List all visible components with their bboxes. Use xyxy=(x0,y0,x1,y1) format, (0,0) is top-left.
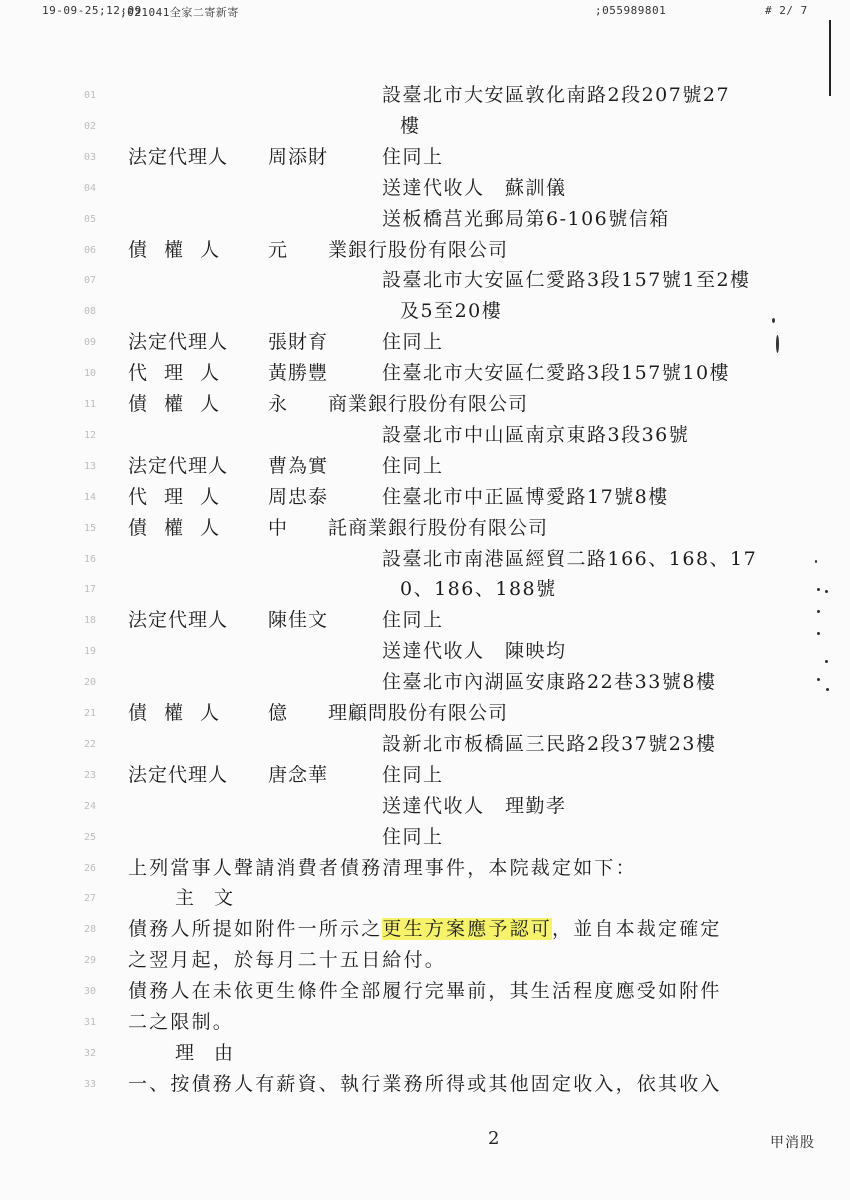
document-line: 10代理人黃勝豐住臺北市大安區仁愛路3段157號10樓 xyxy=(0,358,850,389)
document-line: 16設臺北市南港區經貿二路166、168、17 xyxy=(0,544,850,575)
paragraph-text-end: ，並自本裁定確定 xyxy=(552,918,722,940)
line-number: 11 xyxy=(84,389,110,420)
line-number: 32 xyxy=(84,1038,110,1069)
redaction-block xyxy=(288,520,328,538)
party-address-continued: 樓 xyxy=(400,111,421,142)
paragraph-text-start: 債務人所提如附件一所示之 xyxy=(128,918,382,940)
party-address: 住同上 xyxy=(382,605,444,636)
scan-speck xyxy=(776,335,779,353)
scan-speck xyxy=(825,590,828,593)
document-line: 13法定代理人曹為實住同上 xyxy=(0,451,850,482)
line-number: 31 xyxy=(84,1007,110,1038)
party-role: 債權人 xyxy=(128,698,236,729)
line-number: 23 xyxy=(84,760,110,791)
document-line: 11債權人永商業銀行股份有限公司 xyxy=(0,389,850,420)
party-name-start: 億 xyxy=(268,702,288,724)
party-role: 法定代理人 xyxy=(128,605,228,636)
line-number: 09 xyxy=(84,327,110,358)
document-line: 07設臺北市大安區仁愛路3段157號1至2樓 xyxy=(0,265,850,296)
party-address: 住同上 xyxy=(382,327,444,358)
party-role: 法定代理人 xyxy=(128,327,228,358)
party-name-end: 商業銀行股份有限公司 xyxy=(328,393,528,415)
party-role: 法定代理人 xyxy=(128,142,228,173)
line-number: 10 xyxy=(84,358,110,389)
document-line: 20住臺北市內湖區安康路22巷33號8樓 xyxy=(0,667,850,698)
line-number: 22 xyxy=(84,729,110,760)
party-name: 唐念華 xyxy=(268,760,328,791)
party-address: 送達代收人 理勤孝 xyxy=(382,791,567,822)
line-number: 28 xyxy=(84,914,110,945)
party-role: 債權人 xyxy=(128,513,236,544)
line-number: 24 xyxy=(84,791,110,822)
party-name-end: 理顧問股份有限公司 xyxy=(328,702,508,724)
document-line: 18法定代理人陳佳文住同上 xyxy=(0,605,850,636)
line-number: 20 xyxy=(84,667,110,698)
document-line: 26上列當事人聲請消費者債務清理事件，本院裁定如下： xyxy=(0,853,850,884)
party-role: 債權人 xyxy=(128,235,236,266)
line-number: 08 xyxy=(84,296,110,327)
document-line: 21債權人億理顧問股份有限公司 xyxy=(0,698,850,729)
line-number: 14 xyxy=(84,482,110,513)
party-name: 周添財 xyxy=(268,142,328,173)
document-line: 04送達代收人 蘇訓儀 xyxy=(0,173,850,204)
line-number: 13 xyxy=(84,451,110,482)
fax-header: 19-09-25;12:09 ;021041全家二寄新寄 ;055989801 … xyxy=(0,4,850,20)
document-line: 09法定代理人張財育住同上 xyxy=(0,327,850,358)
line-number: 02 xyxy=(84,111,110,142)
document-line: 24送達代收人 理勤孝 xyxy=(0,791,850,822)
party-address: 送達代收人 陳映均 xyxy=(382,636,567,667)
party-address: 住臺北市內湖區安康路22巷33號8樓 xyxy=(382,667,716,698)
paragraph-text: 一、按債務人有薪資、執行業務所得或其他固定收入，依其收入 xyxy=(128,1069,722,1100)
party-address: 設臺北市南港區經貿二路166、168、17 xyxy=(382,544,757,575)
line-number: 06 xyxy=(84,235,110,266)
party-address: 住同上 xyxy=(382,142,444,173)
party-address: 送板橋莒光郵局第6-106號信箱 xyxy=(382,204,670,235)
document-line: 27主文 xyxy=(0,883,850,914)
paragraph-text: 之翌月起，於每月二十五日給付。 xyxy=(128,945,446,976)
party-address: 設臺北市大安區仁愛路3段157號1至2樓 xyxy=(382,265,751,296)
party-name: 周忠泰 xyxy=(268,482,328,513)
party-name-end: 業銀行股份有限公司 xyxy=(328,239,508,261)
line-number: 17 xyxy=(84,574,110,605)
line-number: 15 xyxy=(84,513,110,544)
party-address: 住臺北市中正區博愛路17號8樓 xyxy=(382,482,669,513)
line-number: 27 xyxy=(84,883,110,914)
line-number: 01 xyxy=(84,80,110,111)
document-line: 06債權人元業銀行股份有限公司 xyxy=(0,235,850,266)
document-line: 30債務人在未依更生條件全部履行完畢前，其生活程度應受如附件 xyxy=(0,976,850,1007)
redaction-block xyxy=(288,396,328,414)
redaction-block xyxy=(288,242,328,260)
party-name: 中託商業銀行股份有限公司 xyxy=(268,513,548,544)
document-line: 19送達代收人 陳映均 xyxy=(0,636,850,667)
party-address: 住同上 xyxy=(382,822,444,853)
fax-number: ;055989801 xyxy=(595,4,666,17)
party-name: 曹為實 xyxy=(268,451,328,482)
party-role: 代理人 xyxy=(128,482,236,513)
document-line: 12設臺北市中山區南京東路3段36號 xyxy=(0,420,850,451)
party-name-start: 元 xyxy=(268,239,288,261)
line-number: 04 xyxy=(84,173,110,204)
line-number: 16 xyxy=(84,544,110,575)
scan-speck xyxy=(825,660,828,663)
document-line: 14代理人周忠泰住臺北市中正區博愛路17號8樓 xyxy=(0,482,850,513)
document-line: 08及5至20樓 xyxy=(0,296,850,327)
scan-speck xyxy=(826,688,829,691)
paragraph-text: 上列當事人聲請消費者債務清理事件，本院裁定如下： xyxy=(128,853,637,884)
party-name-start: 永 xyxy=(268,393,288,415)
party-name: 永商業銀行股份有限公司 xyxy=(268,389,528,420)
paragraph-text: 二之限制。 xyxy=(128,1007,234,1038)
party-name: 元業銀行股份有限公司 xyxy=(268,235,508,266)
party-role: 法定代理人 xyxy=(128,451,228,482)
scan-speck xyxy=(817,588,820,591)
party-name: 億理顧問股份有限公司 xyxy=(268,698,508,729)
party-address: 設臺北市中山區南京東路3段36號 xyxy=(382,420,689,451)
document-line: 170、186、188號 xyxy=(0,574,850,605)
line-number: 30 xyxy=(84,976,110,1007)
party-address: 設新北市板橋區三民路2段37號23樓 xyxy=(382,729,716,760)
line-number: 18 xyxy=(84,605,110,636)
document-line: 33一、按債務人有薪資、執行業務所得或其他固定收入，依其收入 xyxy=(0,1069,850,1100)
line-number: 05 xyxy=(84,204,110,235)
line-number: 19 xyxy=(84,636,110,667)
party-address-continued: 0、186、188號 xyxy=(400,574,557,605)
scan-speck xyxy=(772,318,775,323)
line-number: 26 xyxy=(84,853,110,884)
document-line: 32理由 xyxy=(0,1038,850,1069)
section-heading: 理由 xyxy=(175,1038,253,1069)
paragraph-text: 債務人在未依更生條件全部履行完畢前，其生活程度應受如附件 xyxy=(128,976,722,1007)
party-name-end: 託商業銀行股份有限公司 xyxy=(328,517,548,539)
document-line: 25住同上 xyxy=(0,822,850,853)
party-address: 住同上 xyxy=(382,760,444,791)
document-line: 23法定代理人唐念華住同上 xyxy=(0,760,850,791)
line-number: 29 xyxy=(84,945,110,976)
page-number: 2 xyxy=(488,1128,499,1149)
line-number: 33 xyxy=(84,1069,110,1100)
document-line: 29之翌月起，於每月二十五日給付。 xyxy=(0,945,850,976)
party-address: 設臺北市大安區敦化南路2段207號27 xyxy=(382,80,730,111)
scan-speck xyxy=(817,610,820,613)
section-heading: 主文 xyxy=(175,883,253,914)
scan-speck xyxy=(817,632,820,635)
document-line: 31二之限制。 xyxy=(0,1007,850,1038)
court-unit-label: 甲消股 xyxy=(770,1132,815,1152)
fax-page-indicator: # 2/ 7 xyxy=(765,4,808,17)
highlighted-text: 更生方案應予認可 xyxy=(382,918,552,940)
party-role: 法定代理人 xyxy=(128,760,228,791)
line-number: 25 xyxy=(84,822,110,853)
document-line: 02樓 xyxy=(0,111,850,142)
document-line: 28債務人所提如附件一所示之更生方案應予認可，並自本裁定確定 xyxy=(0,914,850,945)
party-role: 代理人 xyxy=(128,358,236,389)
paragraph-text: 債務人所提如附件一所示之更生方案應予認可，並自本裁定確定 xyxy=(128,914,722,945)
document-line: 15債權人中託商業銀行股份有限公司 xyxy=(0,513,850,544)
party-address: 送達代收人 蘇訓儀 xyxy=(382,173,567,204)
scan-speck xyxy=(817,678,820,681)
party-address: 住臺北市大安區仁愛路3段157號10樓 xyxy=(382,358,730,389)
line-number: 12 xyxy=(84,420,110,451)
line-number: 07 xyxy=(84,265,110,296)
party-name: 陳佳文 xyxy=(268,605,328,636)
line-number: 21 xyxy=(84,698,110,729)
document-line: 05送板橋莒光郵局第6-106號信箱 xyxy=(0,204,850,235)
party-name-start: 中 xyxy=(268,517,288,539)
document-line: 03法定代理人周添財住同上 xyxy=(0,142,850,173)
fax-sender: ;021041全家二寄新寄 xyxy=(120,4,239,20)
document-line: 01設臺北市大安區敦化南路2段207號27 xyxy=(0,80,850,111)
document-line: 22設新北市板橋區三民路2段37號23樓 xyxy=(0,729,850,760)
party-address-continued: 及5至20樓 xyxy=(400,296,502,327)
party-role: 債權人 xyxy=(128,389,236,420)
party-name: 張財育 xyxy=(268,327,328,358)
party-name: 黃勝豐 xyxy=(268,358,328,389)
party-address: 住同上 xyxy=(382,451,444,482)
scan-speck xyxy=(815,560,817,563)
redaction-block xyxy=(288,705,328,723)
line-number: 03 xyxy=(84,142,110,173)
